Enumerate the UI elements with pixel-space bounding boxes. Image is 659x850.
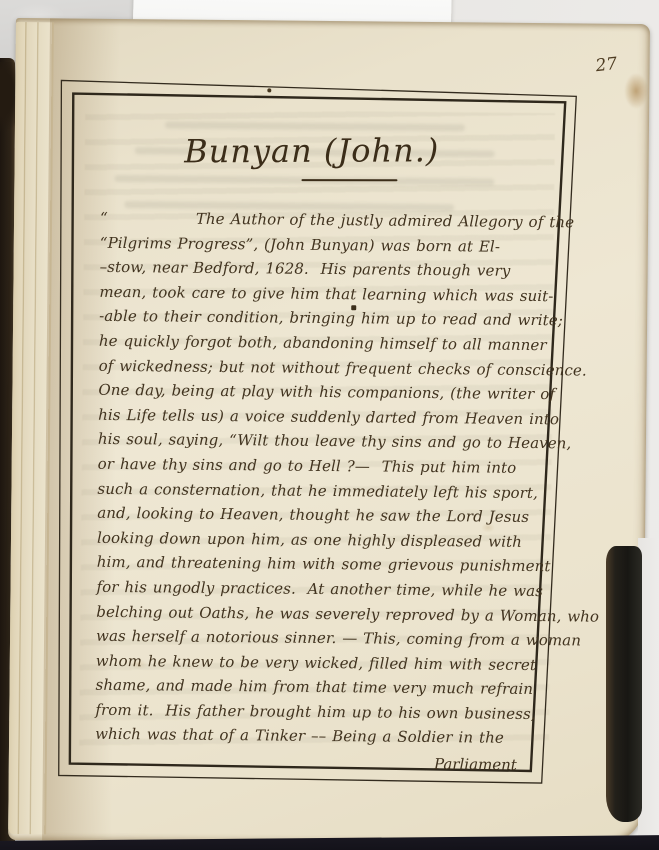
text-line: he quickly forgot both, abandoning himse… xyxy=(99,329,547,358)
title-underline xyxy=(301,179,397,181)
foxing-spot xyxy=(481,522,495,532)
foxing-spot xyxy=(130,659,148,669)
text-line: “ The Author of the justly admired Alleg… xyxy=(100,206,548,235)
manuscript-page: 27 Bunyan (John.) “ The Author of the ju… xyxy=(8,18,650,846)
body-text: “ The Author of the justly admired Alleg… xyxy=(95,206,548,751)
photo-background: 27 Bunyan (John.) “ The Author of the ju… xyxy=(0,0,659,850)
book-cover-edge xyxy=(606,546,642,822)
text-line: for his ungodly practices. At another ti… xyxy=(96,575,544,604)
ink-speck xyxy=(351,305,356,310)
page-content: Bunyan (John.) “ The Author of the justl… xyxy=(81,84,550,788)
entry-title: Bunyan (John.) xyxy=(81,131,543,171)
text-line: or have thy sins and go to Hell ?— This … xyxy=(98,452,546,481)
catchword: Parliament xyxy=(434,755,517,774)
text-line: which was that of a Tinker –– Being a So… xyxy=(95,722,543,751)
stacked-page-edges xyxy=(8,22,54,834)
stain xyxy=(615,64,654,124)
ink-speck xyxy=(267,88,271,92)
